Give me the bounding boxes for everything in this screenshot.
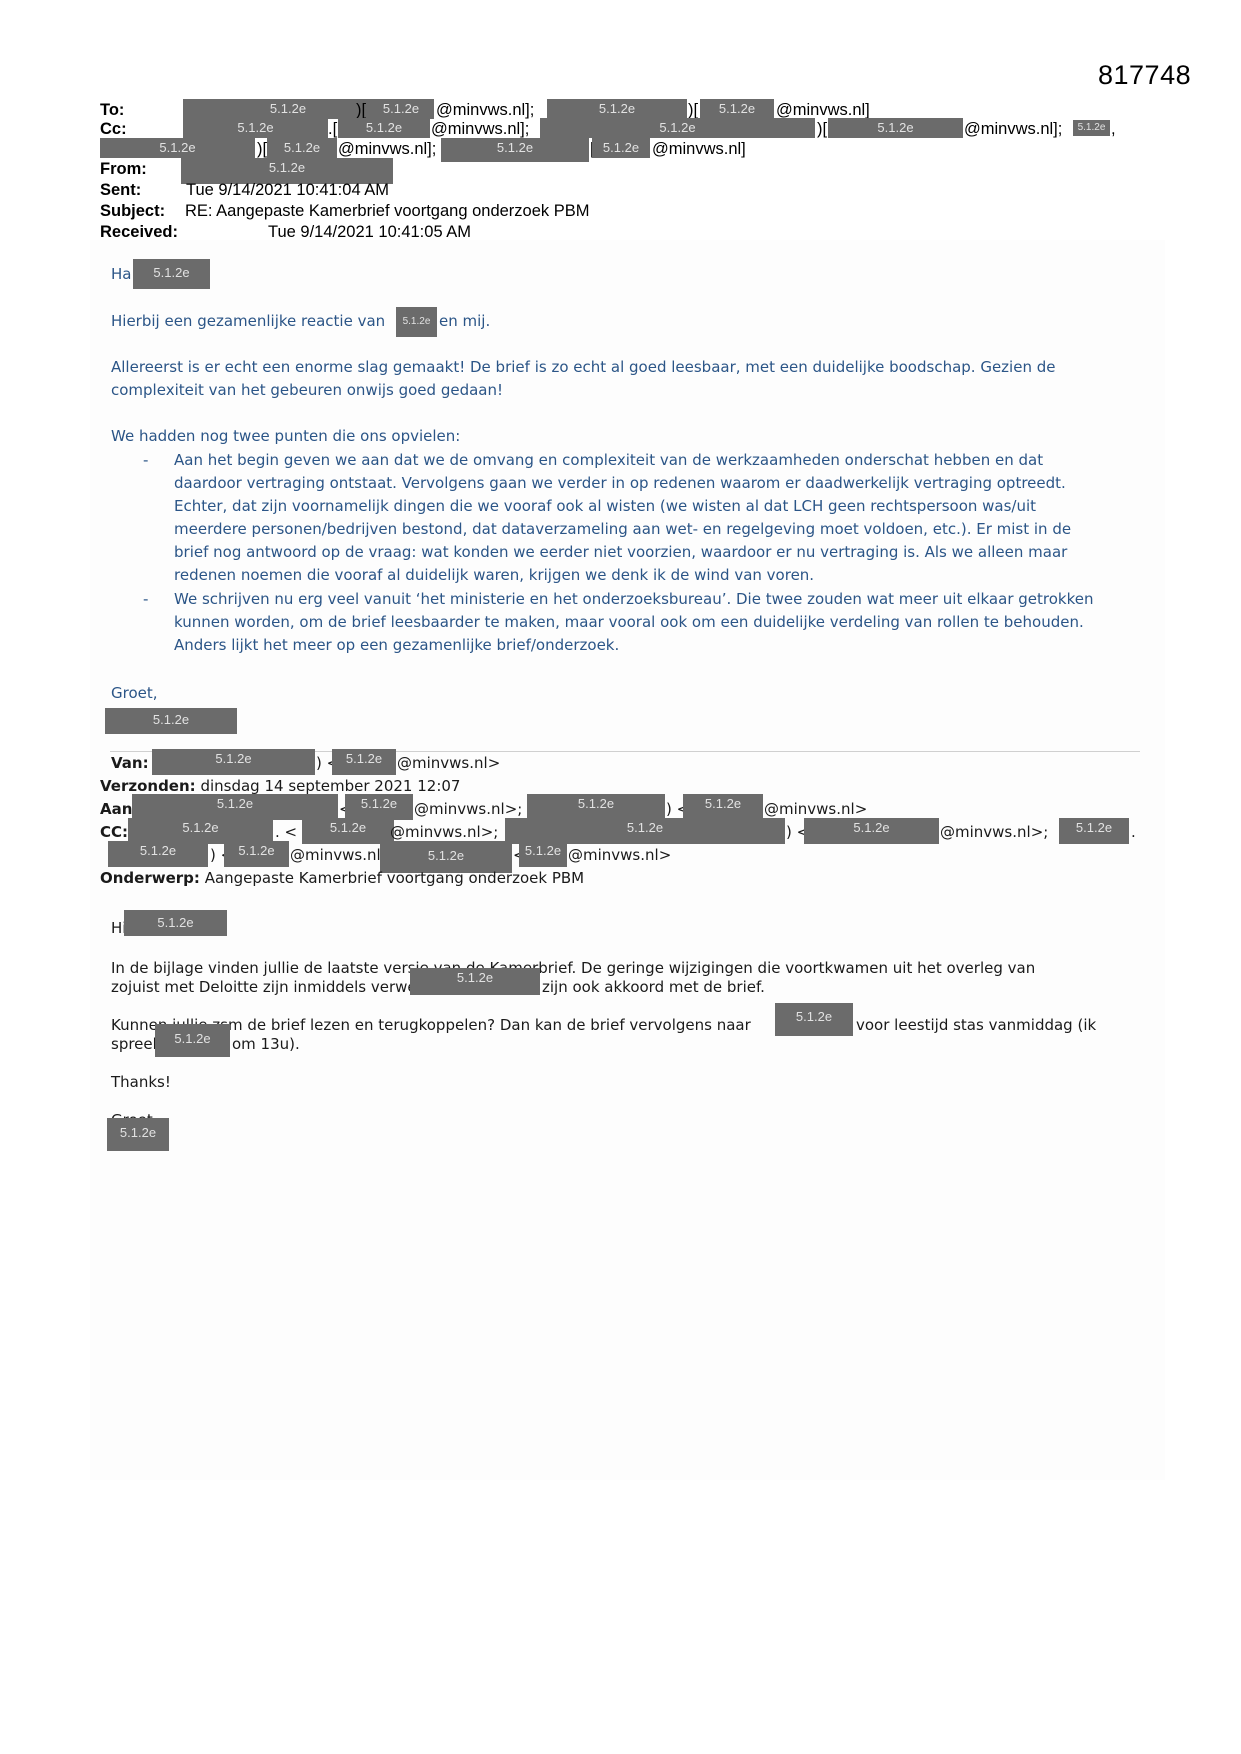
redaction: 5.1.2e — [332, 749, 396, 775]
redaction: 5.1.2e — [338, 118, 430, 138]
separator: .[ — [328, 119, 337, 139]
from-label: From: — [100, 159, 147, 179]
separator: )[ — [356, 100, 366, 120]
bullet-line: daardoor vertraging ontstaat. Vervolgens… — [174, 472, 1066, 495]
redaction: 5.1.2e — [267, 138, 337, 158]
redaction: 5.1.2e — [519, 841, 567, 867]
bullet-marker: - — [143, 588, 148, 611]
redaction: 5.1.2e — [683, 794, 763, 820]
redaction: 5.1.2e — [133, 259, 210, 289]
redaction: 5.1.2e — [224, 841, 289, 867]
bullet-line: redenen noemen die vooraf al duidelijk w… — [174, 564, 814, 587]
email-domain: @minvws.nl]; — [338, 139, 436, 159]
received-label: Received: — [100, 222, 178, 242]
redaction: 5.1.2e — [410, 968, 540, 995]
sent-label: Sent: — [100, 180, 141, 200]
to-label: To: — [100, 100, 124, 120]
redaction: 5.1.2e — [105, 708, 237, 734]
bullet-line: brief nog antwoord op de vraag: wat kond… — [174, 541, 1067, 564]
bullet-line: Anders lijkt het meer op een gezamenlijk… — [174, 634, 619, 657]
received-value: Tue 9/14/2021 10:41:05 AM — [268, 222, 471, 242]
from-label: Van: — [111, 752, 149, 775]
subject-label: Subject: — [100, 201, 165, 221]
redaction: 5.1.2e — [547, 99, 687, 119]
paragraph-line: In de bijlage vinden jullie de laatste v… — [111, 959, 1035, 978]
paragraph-line: Allereerst is er echt een enorme slag ge… — [111, 356, 1055, 379]
sent-value: Tue 9/14/2021 10:41:04 AM — [186, 180, 389, 200]
redaction: 5.1.2e — [152, 749, 315, 775]
email-domain: @minvws.nl]; — [964, 119, 1062, 139]
thanks: Thanks! — [111, 1073, 171, 1092]
paragraph-line: spreek — [111, 1035, 161, 1054]
greeting: Ha — [111, 263, 131, 286]
intro-text: Hierbij een gezamenlijke reactie van — [111, 310, 385, 333]
email-domain: @minvws.nl]; — [431, 119, 529, 139]
redaction: 5.1.2e — [700, 99, 774, 119]
redaction: 5.1.2e — [441, 138, 589, 162]
email-domain: @minvws.nl> — [397, 752, 500, 775]
redaction: 5.1.2e — [345, 794, 413, 820]
subject-value: RE: Aangepaste Kamerbrief voortgang onde… — [185, 201, 589, 221]
redaction: 5.1.2e — [592, 138, 650, 158]
document-number: 817748 — [1098, 60, 1191, 91]
points-intro: We hadden nog twee punten die ons opviel… — [111, 425, 460, 448]
subject-label: Onderwerp: — [100, 869, 200, 887]
separator: , — [1111, 119, 1116, 139]
redaction: 5.1.2e — [540, 118, 815, 138]
redaction: 5.1.2e — [1073, 120, 1110, 136]
email-domain: @minvws.nl] — [652, 139, 746, 159]
separator: )[ — [688, 100, 698, 120]
redaction: 5.1.2e — [396, 307, 437, 337]
subject-row: Onderwerp: Aangepaste Kamerbrief voortga… — [100, 867, 584, 890]
paragraph-line: om 13u). — [232, 1035, 300, 1054]
redaction: 5.1.2e — [132, 794, 338, 820]
bullet-marker: - — [143, 449, 148, 472]
sent-value: dinsdag 14 september 2021 12:07 — [200, 777, 460, 795]
redaction: 5.1.2e — [527, 794, 665, 820]
bullet-line: Echter, dat zijn voornamelijk dingen die… — [174, 495, 1036, 518]
closing: Groet, — [111, 682, 158, 705]
bullet-line: kunnen worden, om de brief leesbaarder t… — [174, 611, 1084, 634]
redaction: 5.1.2e — [108, 841, 208, 867]
redaction: 5.1.2e — [828, 118, 963, 138]
paragraph-line: zijn ook akkoord met de brief. — [542, 978, 765, 997]
redaction: 5.1.2e — [107, 1118, 169, 1151]
intro-text-end: en mij. — [439, 310, 490, 333]
redaction: 5.1.2e — [183, 99, 373, 119]
paragraph-line: zojuist met Deloitte zijn inmiddels verw… — [111, 978, 442, 997]
sent-label: Verzonden: — [100, 777, 196, 795]
redaction: 5.1.2e — [1059, 818, 1129, 844]
bullet-line: Aan het begin geven we aan dat we de omv… — [174, 449, 1043, 472]
email-domain: @minvws.nl> — [568, 844, 671, 867]
email-domain: @minvws.nl>; — [940, 821, 1048, 844]
redaction: 5.1.2e — [183, 118, 328, 138]
separator: )[ — [817, 119, 827, 139]
separator: . — [1131, 821, 1136, 844]
bullet-line: We schrijven nu erg veel vanuit ‘het min… — [174, 588, 1093, 611]
redaction: 5.1.2e — [804, 818, 939, 844]
redaction: 5.1.2e — [124, 910, 227, 936]
redaction: 5.1.2e — [155, 1024, 230, 1057]
redaction: 5.1.2e — [775, 1003, 853, 1036]
email-domain: @minvws.nl]; — [436, 100, 534, 120]
separator: )[ — [257, 139, 267, 159]
paragraph-line: complexiteit van het gebeuren onwijs goe… — [111, 379, 503, 402]
redaction: 5.1.2e — [368, 99, 434, 119]
paragraph-line: voor leestijd stas vanmiddag (ik — [856, 1016, 1096, 1035]
redaction: 5.1.2e — [100, 138, 255, 158]
bullet-line: meerdere personen/bedrijven bestond, dat… — [174, 518, 1071, 541]
cc-label: Cc: — [100, 119, 127, 139]
email-domain: @minvws.nl] — [776, 100, 870, 120]
subject-value: Aangepaste Kamerbrief voortgang onderzoe… — [205, 869, 584, 887]
